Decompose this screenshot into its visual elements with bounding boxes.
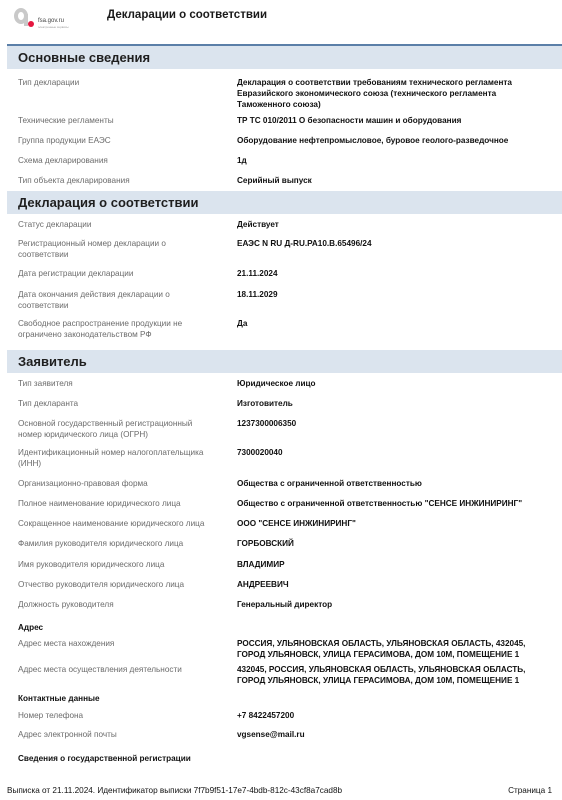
logo-text: fsa.gov.ru bbox=[38, 18, 64, 24]
field-value: Да bbox=[237, 318, 547, 329]
field-value: АНДРЕЕВИЧ bbox=[237, 579, 547, 590]
field-label: Дата регистрации декларации bbox=[18, 268, 218, 279]
page-header: fsa.gov.ru электронные сервисы Деклараци… bbox=[0, 0, 562, 38]
field-value: Оборудование нефтепромысловое, буровое г… bbox=[237, 135, 547, 146]
field-label: Тип декларанта bbox=[18, 398, 218, 409]
field-label: Имя руководителя юридического лица bbox=[18, 559, 218, 570]
logo-dot-icon bbox=[28, 21, 34, 27]
fsa-logo[interactable]: fsa.gov.ru электронные сервисы bbox=[12, 6, 92, 34]
field-value: 21.11.2024 bbox=[237, 268, 547, 279]
logo-subtext: электронные сервисы bbox=[38, 26, 69, 29]
field-label: Должность руководителя bbox=[18, 599, 218, 610]
section-applicant-title: Заявитель bbox=[7, 350, 562, 373]
field-value[interactable]: vgsense@mail.ru bbox=[237, 729, 547, 740]
subsection-contacts-title: Контактные данные bbox=[18, 693, 100, 704]
field-label: Дата окончания действия декларации о соо… bbox=[18, 289, 218, 311]
field-value: Юридическое лицо bbox=[237, 378, 547, 389]
logo-a-icon bbox=[14, 8, 28, 24]
field-value: 432045, РОССИЯ, УЛЬЯНОВСКАЯ ОБЛАСТЬ, УЛЬ… bbox=[237, 664, 547, 686]
page-number: Страница 1 bbox=[508, 786, 552, 795]
field-label: Идентификационный номер налогоплательщик… bbox=[18, 447, 218, 469]
field-value: +7 8422457200 bbox=[237, 710, 547, 721]
field-label: Сокращенное наименование юридического ли… bbox=[18, 518, 218, 529]
field-value: Действует bbox=[237, 219, 547, 230]
field-value: Серийный выпуск bbox=[237, 175, 547, 186]
field-value: ООО "СЕНСЕ ИНЖИНИРИНГ" bbox=[237, 518, 547, 529]
field-value: ТР ТС 010/2011 О безопасности машин и об… bbox=[237, 115, 547, 126]
field-label: Группа продукции ЕАЭС bbox=[18, 135, 218, 146]
field-label: Адрес места осуществления деятельности bbox=[18, 664, 218, 675]
subsection-address-title: Адрес bbox=[18, 622, 43, 633]
field-label: Схема декларирования bbox=[18, 155, 218, 166]
field-value: РОССИЯ, УЛЬЯНОВСКАЯ ОБЛАСТЬ, УЛЬЯНОВСКАЯ… bbox=[237, 638, 547, 660]
field-label: Адрес электронной почты bbox=[18, 729, 218, 740]
field-label: Тип объекта декларирования bbox=[18, 175, 218, 186]
field-value: Декларация о соответствии требованиям те… bbox=[237, 77, 547, 110]
field-label: Тип декларации bbox=[18, 77, 218, 88]
subsection-state-registration-title: Сведения о государственной регистрации bbox=[18, 753, 191, 764]
field-label: Отчество руководителя юридического лица bbox=[18, 579, 218, 590]
field-value: Генеральный директор bbox=[237, 599, 547, 610]
field-label: Полное наименование юридического лица bbox=[18, 498, 218, 509]
field-value: Общество с ограниченной ответственностью… bbox=[237, 498, 547, 509]
field-value: ГОРБОВСКИЙ bbox=[237, 538, 547, 549]
field-label: Свободное распространение продукции не о… bbox=[18, 318, 218, 340]
field-label: Адрес места нахождения bbox=[18, 638, 218, 649]
field-value: Общества с ограниченной ответственностью bbox=[237, 478, 547, 489]
field-label: Регистрационный номер декларации о соотв… bbox=[18, 238, 218, 260]
field-value: Изготовитель bbox=[237, 398, 547, 409]
field-value: ЕАЭС N RU Д-RU.РА10.В.65496/24 bbox=[237, 238, 547, 249]
field-label: Статус декларации bbox=[18, 219, 218, 230]
field-value: 1237300006350 bbox=[237, 418, 547, 429]
field-value: 1д bbox=[237, 155, 547, 166]
field-value: ВЛАДИМИР bbox=[237, 559, 547, 570]
field-label: Организационно-правовая форма bbox=[18, 478, 218, 489]
field-label: Фамилия руководителя юридического лица bbox=[18, 538, 218, 549]
section-basic-title: Основные сведения bbox=[7, 46, 562, 69]
section-declaration-title: Декларация о соответствии bbox=[7, 191, 562, 214]
field-label: Основной государственный регистрационный… bbox=[18, 418, 218, 440]
field-label: Номер телефона bbox=[18, 710, 218, 721]
field-value: 7300020040 bbox=[237, 447, 547, 458]
extract-info: Выписка от 21.11.2024. Идентификатор вып… bbox=[7, 786, 342, 795]
field-value: 18.11.2029 bbox=[237, 289, 547, 300]
field-label: Тип заявителя bbox=[18, 378, 218, 389]
page-title: Декларации о соответствии bbox=[107, 9, 267, 21]
field-label: Технические регламенты bbox=[18, 115, 218, 126]
